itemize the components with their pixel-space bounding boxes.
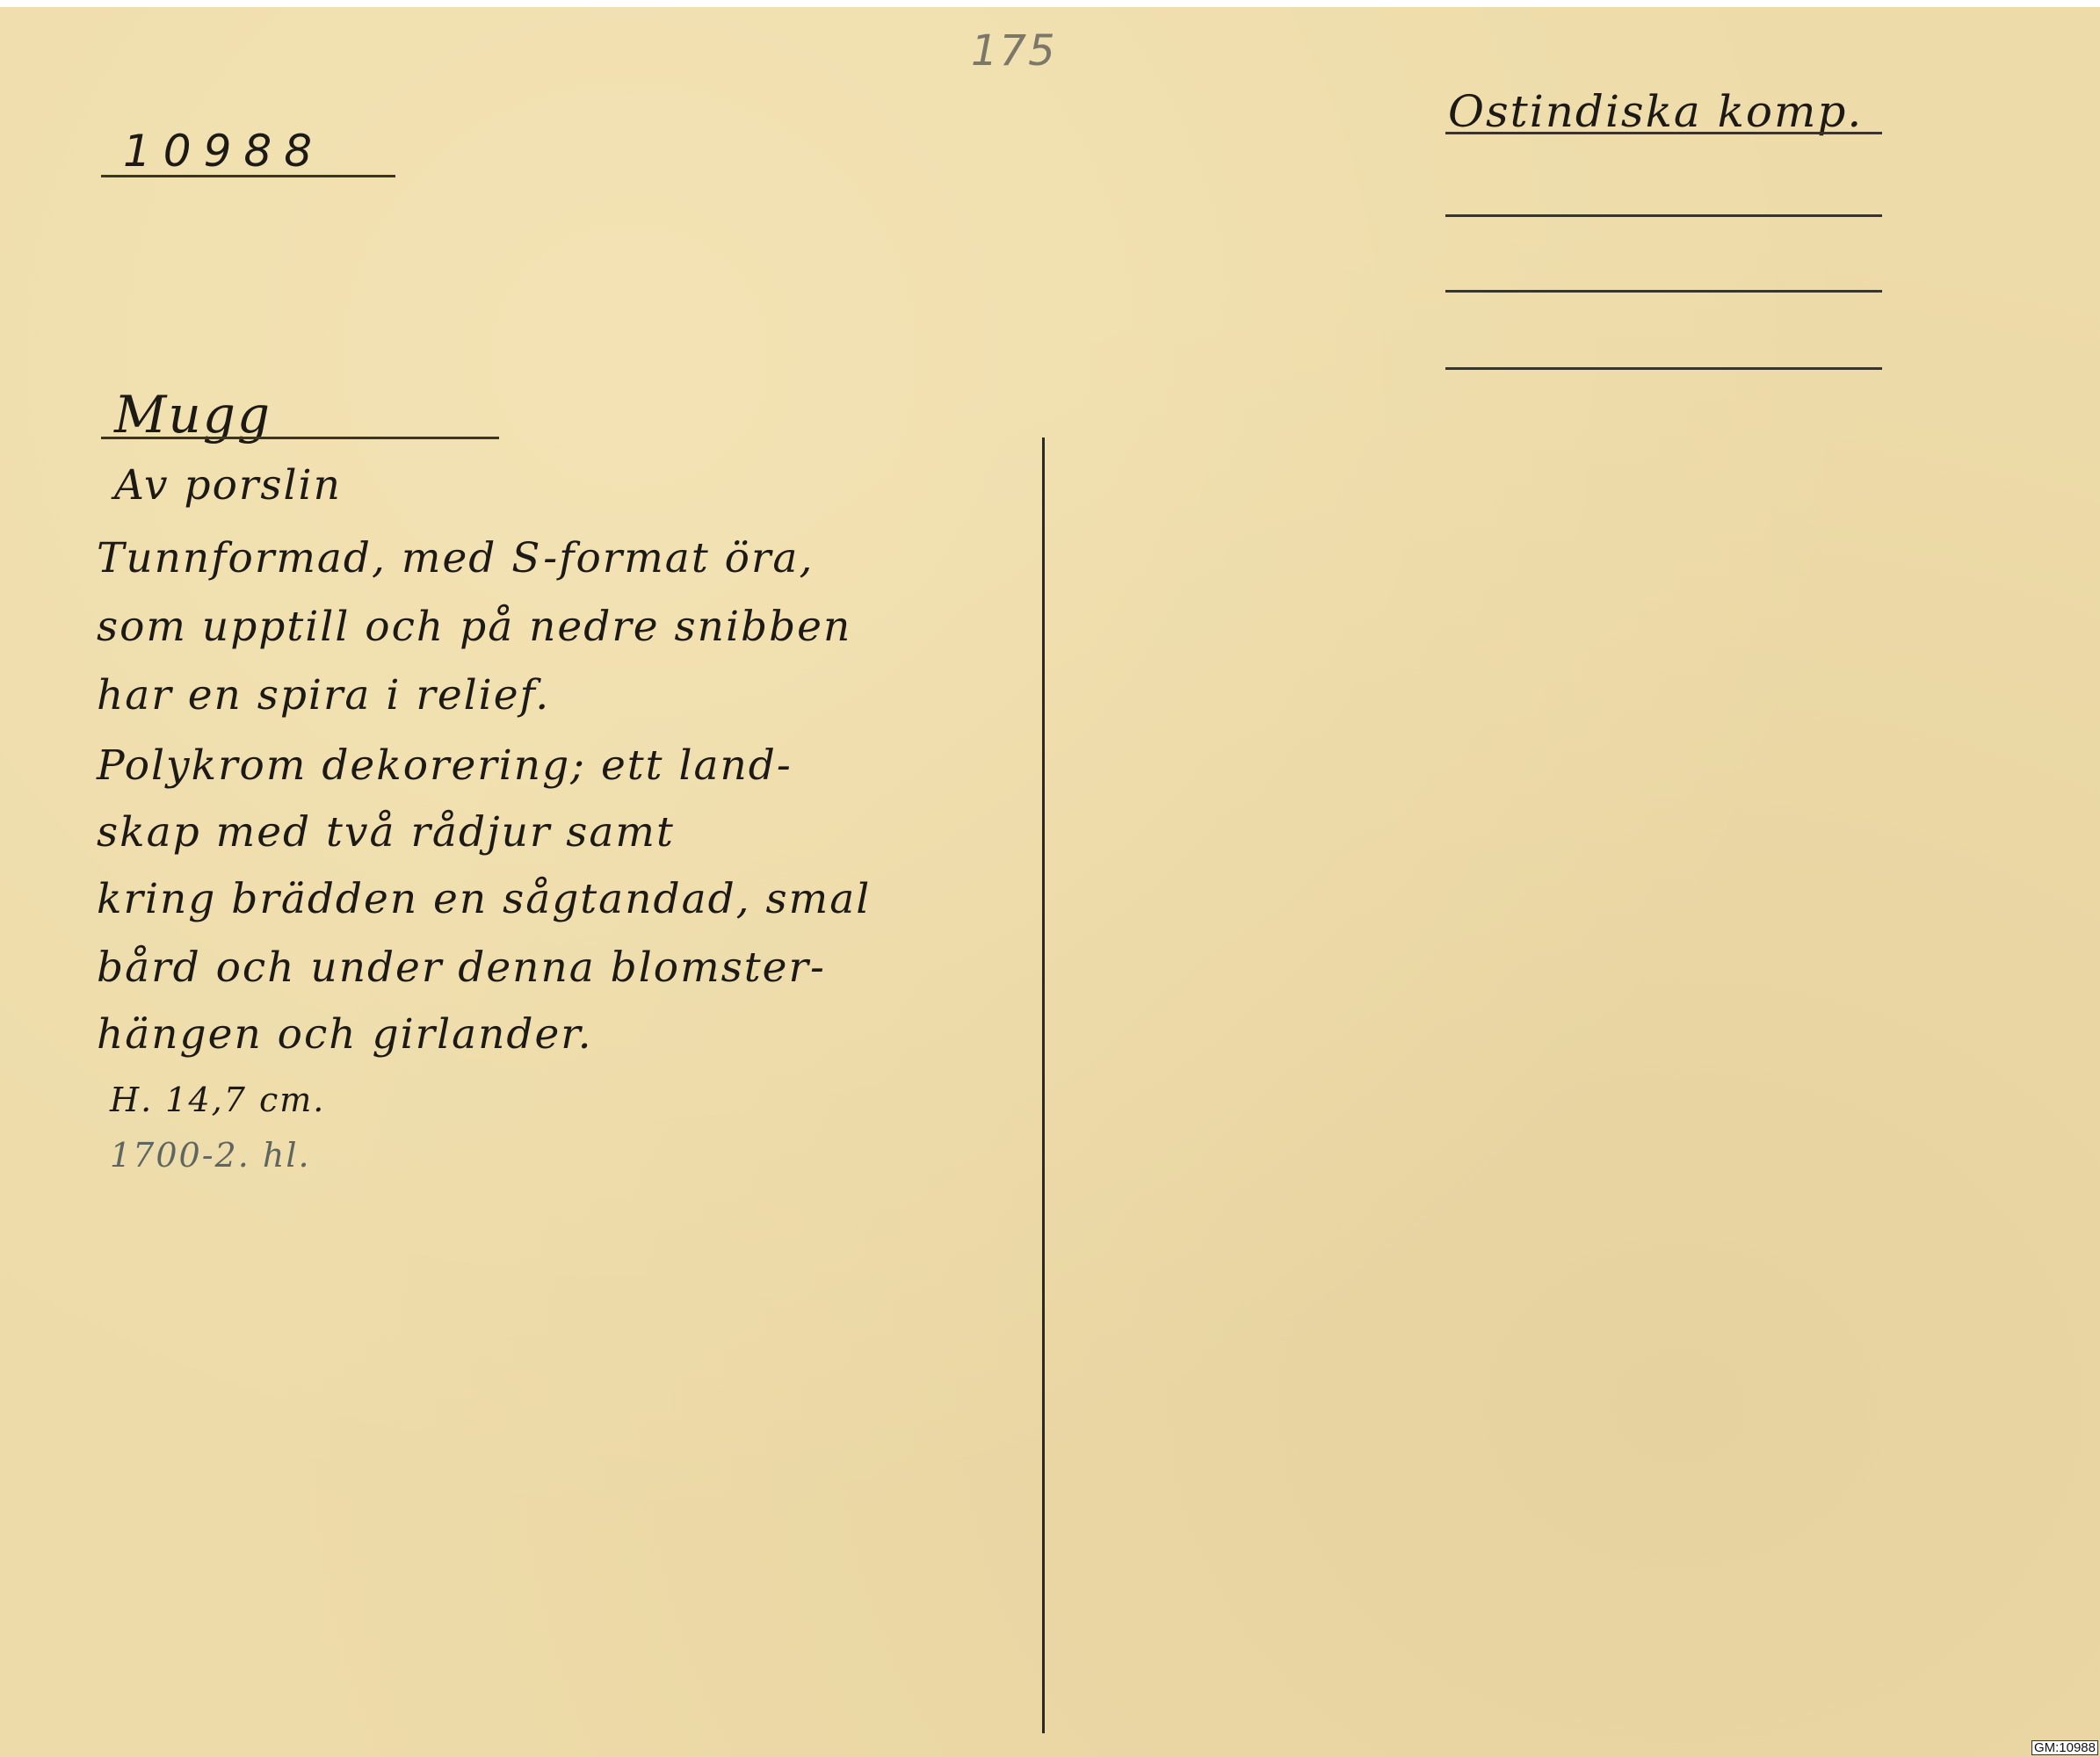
object-title: Mugg [114, 385, 272, 445]
description-line: Tunnformad, med S-format öra, [97, 534, 814, 582]
dating: 1700-2. hl. [110, 1136, 311, 1175]
description-line: Av porslin [114, 461, 342, 510]
inventory-number-underline [101, 175, 395, 177]
height-measurement: H. 14,7 cm. [110, 1081, 325, 1119]
archive-stamp: GM:10988 [2031, 1740, 2098, 1755]
description-line: hängen och girlander. [97, 1010, 593, 1059]
category-line-3 [1445, 290, 1882, 293]
description-line: kring brädden en sågtandad, smal [97, 875, 871, 923]
category-line-4 [1445, 367, 1882, 370]
title-underline [101, 437, 499, 439]
description-line: har en spira i relief. [97, 671, 550, 719]
category-line-1 [1445, 132, 1882, 134]
description-line: bård och under denna blomster- [97, 944, 826, 992]
column-divider [1042, 437, 1045, 1733]
description-line: som upptill och på nedre snibben [97, 603, 851, 651]
page-number: 175 [971, 26, 1057, 76]
catalog-card: 175 10988 Ostindiska komp. Mugg Av porsl… [0, 7, 2100, 1757]
category-line-2 [1445, 214, 1882, 217]
description-line: skap med två rådjur samt [97, 808, 675, 857]
description-line: Polykrom dekorering; ett land- [97, 741, 793, 790]
category-text: Ostindiska komp. [1448, 86, 1863, 137]
inventory-number: 10988 [123, 126, 324, 177]
